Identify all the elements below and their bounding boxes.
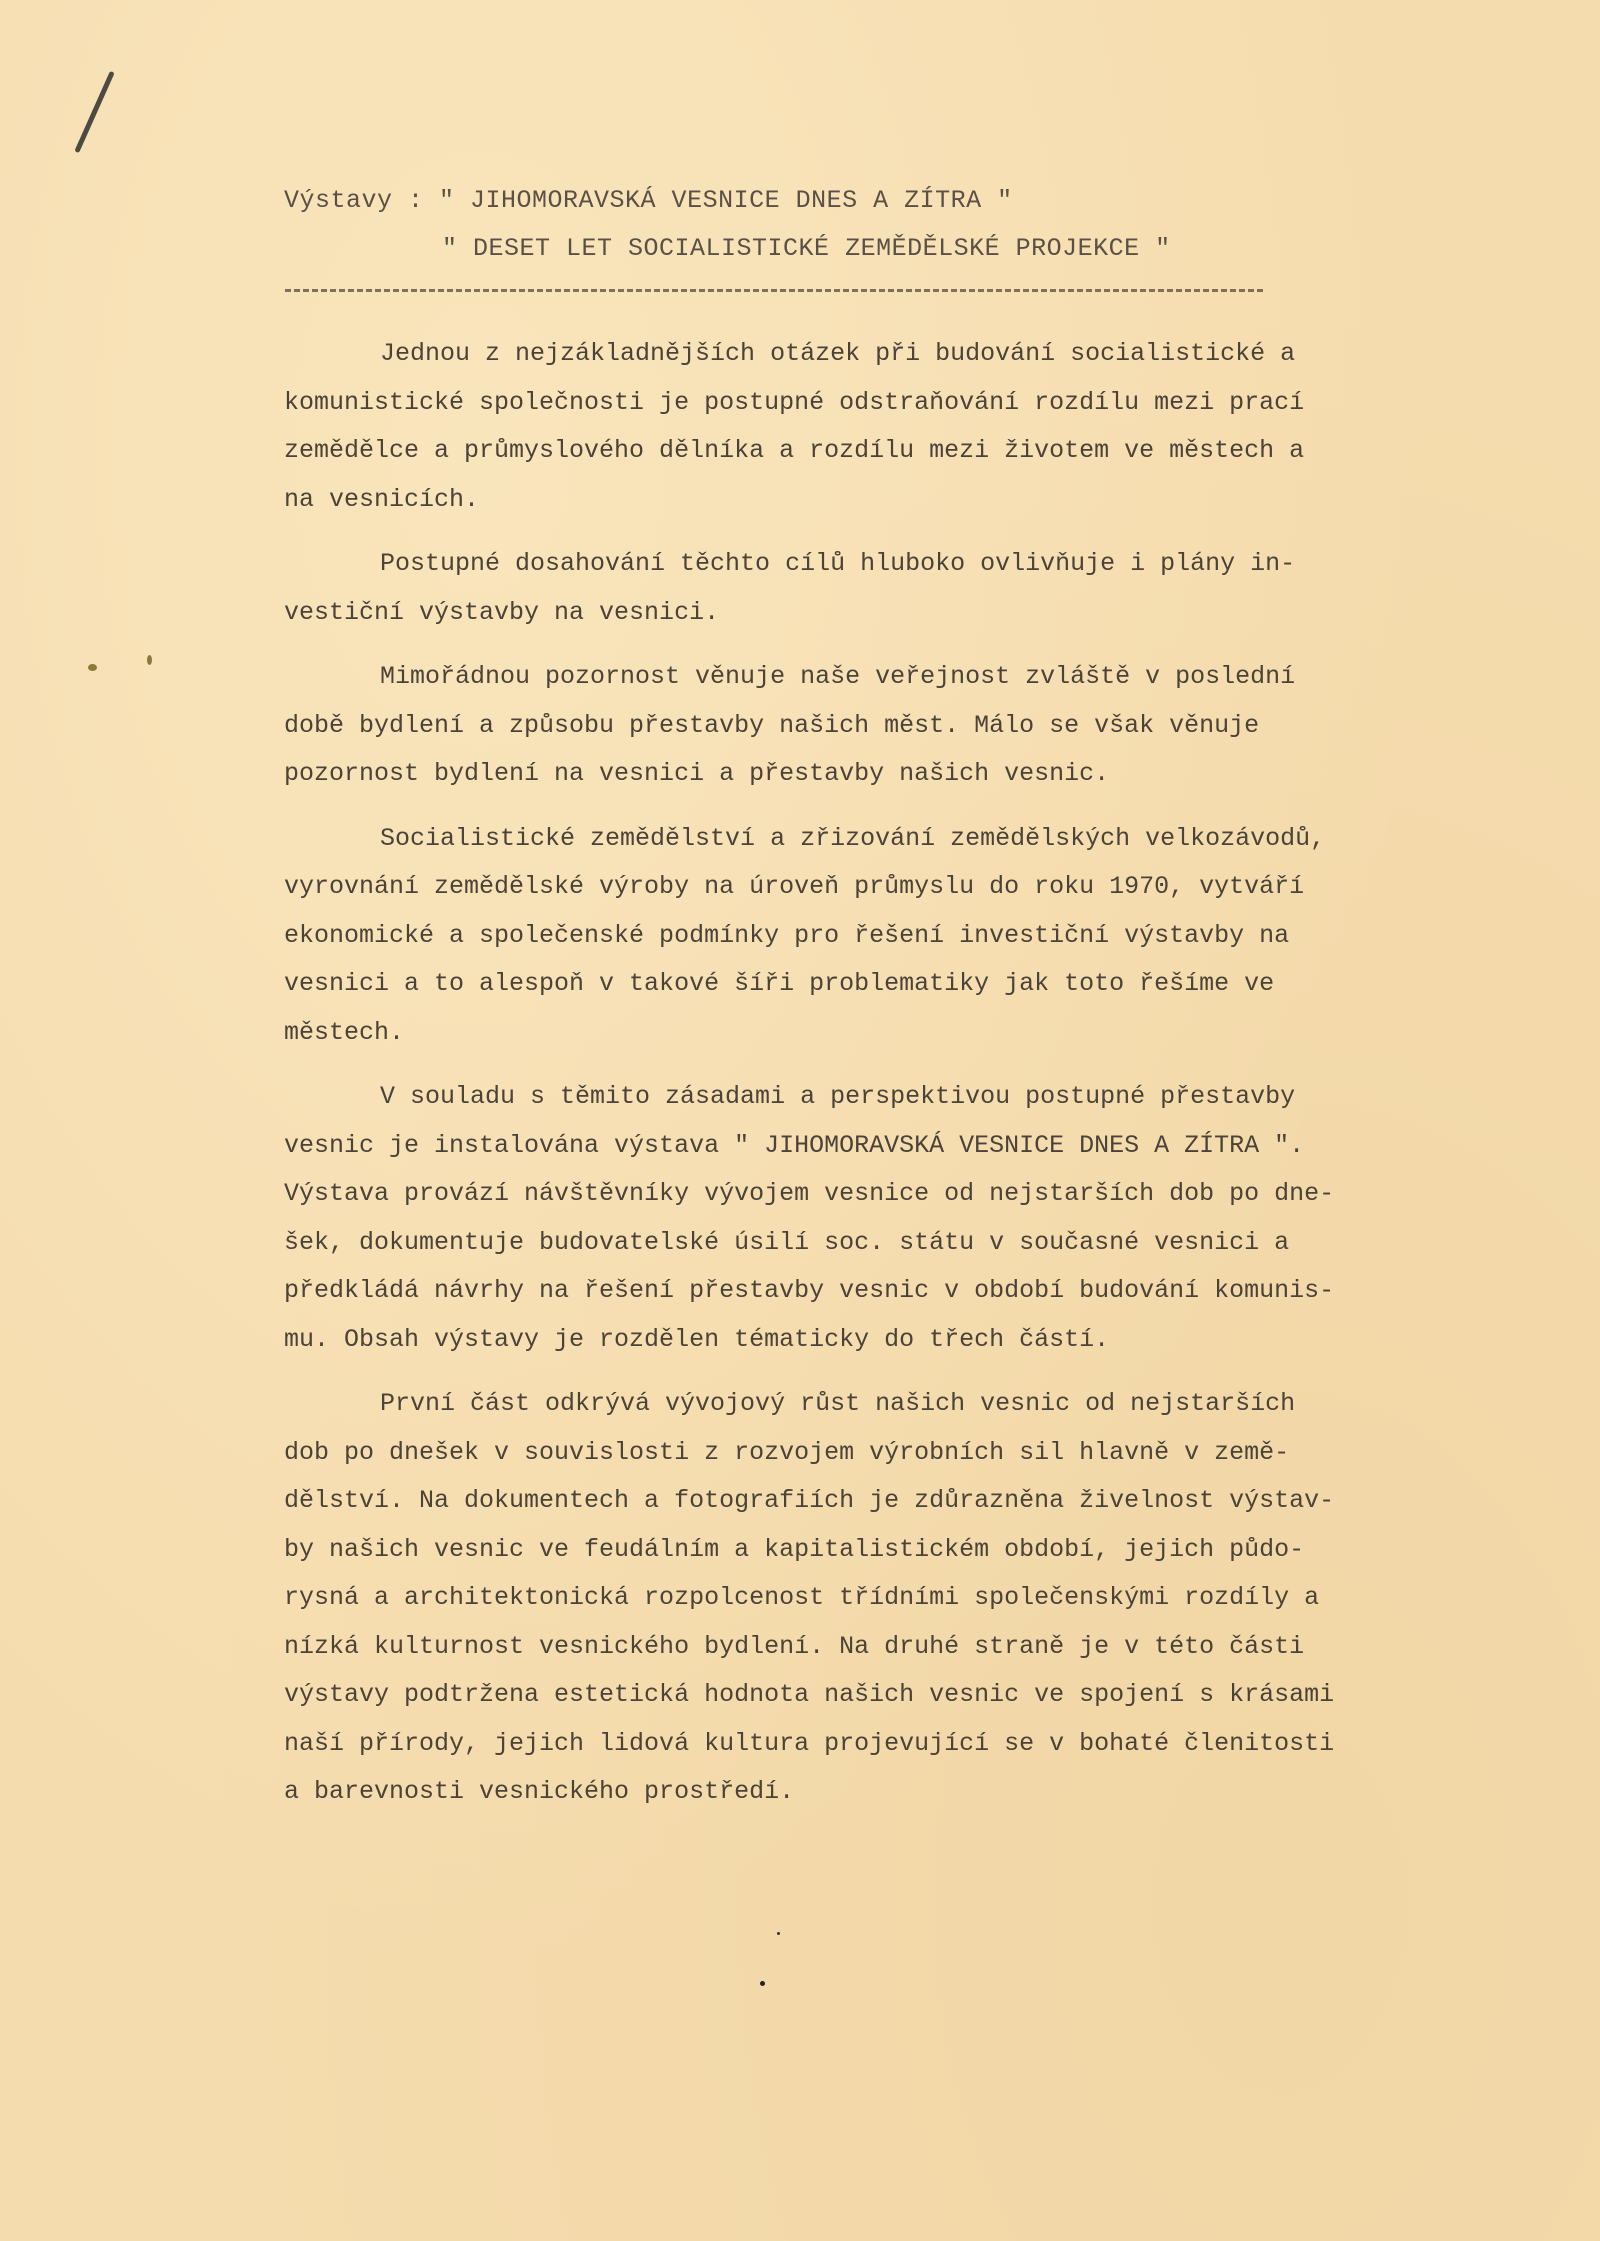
text-line: městech. [284, 1009, 1414, 1058]
paper-speck [88, 664, 97, 671]
text-line: předkládá návrhy na řešení přestavby ves… [284, 1267, 1414, 1316]
text-line: šek, dokumentuje budovatelské úsilí soc.… [284, 1219, 1414, 1268]
text-line: vyrovnání zemědělské výroby na úroveň pr… [284, 863, 1414, 912]
text-line: Postupné dosahování těchto cílů hluboko … [284, 540, 1414, 589]
text-line: Výstava provází návštěvníky vývojem vesn… [284, 1170, 1414, 1219]
text-line: dob po dnešek v souvislosti z rozvojem v… [284, 1429, 1414, 1478]
text-line: vesnici a to alespoň v takové šíři probl… [284, 960, 1414, 1009]
title-dashed-rule [285, 289, 1263, 292]
text-line: Socialistické zemědělství a zřizování ze… [284, 815, 1414, 864]
text-line: výstavy podtržena estetická hodnota naši… [284, 1671, 1414, 1720]
text-line: dělství. Na dokumentech a fotografiích j… [284, 1477, 1414, 1526]
text-line: zemědělce a průmyslového dělníka a rozdí… [284, 427, 1414, 476]
text-line: době bydlení a způsobu přestavby našich … [284, 702, 1414, 751]
text-line: vesnic je instalována výstava " JIHOMORA… [284, 1122, 1414, 1171]
title-line-1: Výstavy : " JIHOMORAVSKÁ VESNICE DNES A … [284, 186, 1013, 215]
text-line: naší přírody, jejich lidová kultura proj… [284, 1720, 1414, 1769]
paper-speck [760, 1981, 765, 1986]
text-line: by našich vesnic ve feudálním a kapitali… [284, 1526, 1414, 1575]
text-line: vestiční výstavby na vesnici. [284, 589, 1414, 638]
paragraph-5: V souladu s těmito zásadami a perspektiv… [284, 1073, 1414, 1364]
document-body: Jednou z nejzákladnějších otázek při bud… [284, 330, 1414, 1833]
text-line: pozornost bydlení na vesnici a přestavby… [284, 750, 1414, 799]
text-line: a barevnosti vesnického prostředí. [284, 1768, 1414, 1817]
text-line: Mimořádnou pozornost věnuje naše veřejno… [284, 653, 1414, 702]
title-line-2: " DESET LET SOCIALISTICKÉ ZEMĚDĚLSKÉ PRO… [442, 234, 1171, 263]
text-line: komunistické společnosti je postupné ods… [284, 379, 1414, 428]
text-line: mu. Obsah výstavy je rozdělen tématicky … [284, 1316, 1414, 1365]
paragraph-6: První část odkrývá vývojový růst našich … [284, 1380, 1414, 1817]
text-line: Jednou z nejzákladnějších otázek při bud… [284, 330, 1414, 379]
text-line: nízká kulturnost vesnického bydlení. Na … [284, 1623, 1414, 1672]
paragraph-1: Jednou z nejzákladnějších otázek při bud… [284, 330, 1414, 524]
paragraph-2: Postupné dosahování těchto cílů hluboko … [284, 540, 1414, 637]
text-line: ekonomické a společenské podmínky pro ře… [284, 912, 1414, 961]
paper-speck [147, 655, 152, 665]
text-line: rysná a architektonická rozpolcenost tří… [284, 1574, 1414, 1623]
paragraph-4: Socialistické zemědělství a zřizování ze… [284, 815, 1414, 1058]
paper-speck [777, 1932, 780, 1935]
text-line: V souladu s těmito zásadami a perspektiv… [284, 1073, 1414, 1122]
paragraph-3: Mimořádnou pozornost věnuje naše veřejno… [284, 653, 1414, 799]
text-line: na vesnicích. [284, 476, 1414, 525]
text-line: První část odkrývá vývojový růst našich … [284, 1380, 1414, 1429]
